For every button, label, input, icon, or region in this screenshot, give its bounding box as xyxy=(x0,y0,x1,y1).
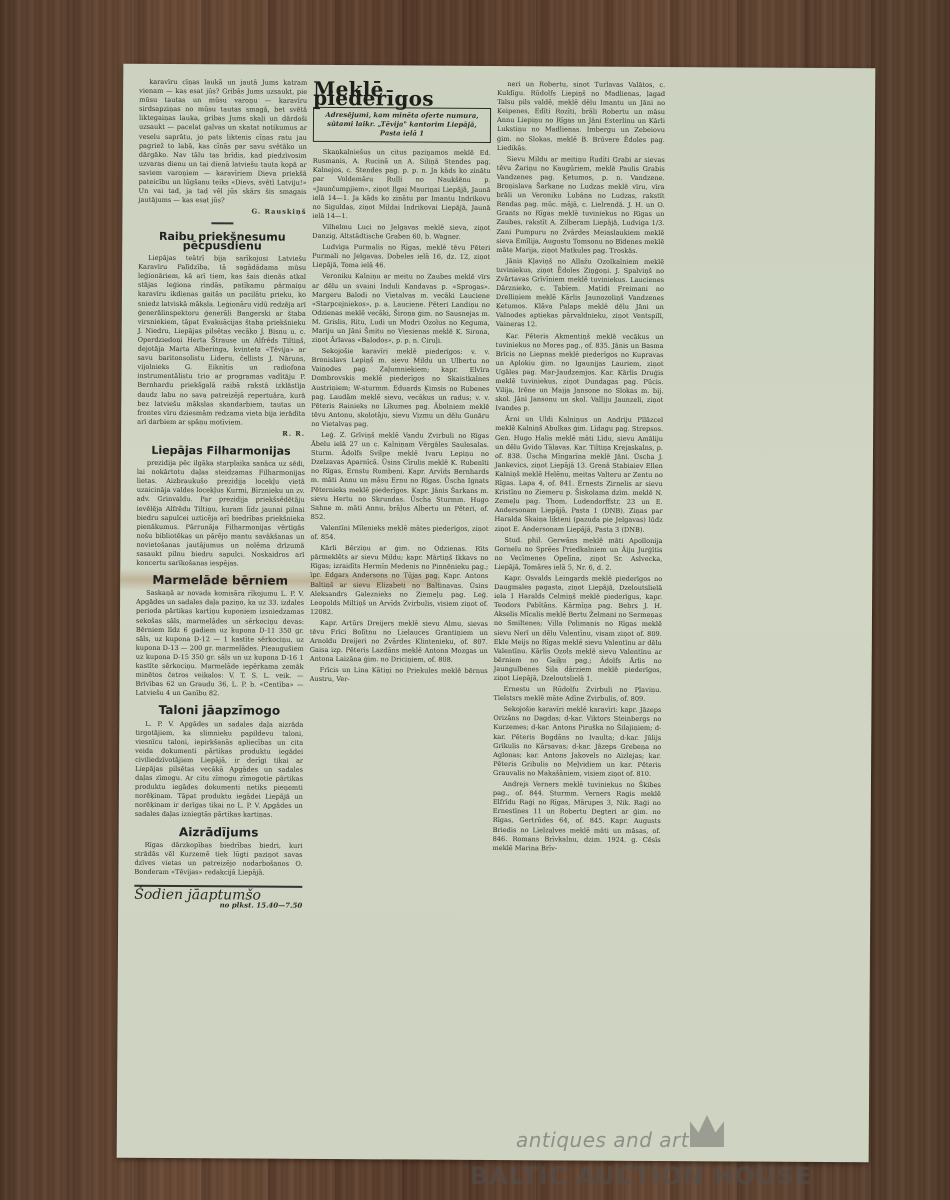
notice-paragraph: Stud. phil. Gerwāns meklē māti Apollonij… xyxy=(494,536,662,573)
column-3: neri un Robertu, sinot Turlavas Valātos,… xyxy=(493,80,666,856)
blackout-title: Šodien jāaptumšo xyxy=(134,890,302,900)
notice-paragraph: Kar. Pēteris Akmentiņš meklē vecākus un … xyxy=(495,332,663,415)
notice-paragraph: Leģ. Z. Grīviņš meklē Vandu Zvirbuli no … xyxy=(311,431,490,523)
column-1: karavīru cīņas laukā un jautā Jums katra… xyxy=(134,78,307,910)
intro-signature: G. Rauskiņš xyxy=(138,207,306,217)
notice-paragraph: Jānis Kļaviņš no Allažu Ozolkalniem mekl… xyxy=(496,257,664,331)
notice-paragraph: Andrejs Verners meklē tuviniekus no Škib… xyxy=(493,780,661,854)
watermark-brand: BALTIC AUCTION HOUSE xyxy=(470,1162,812,1190)
notice-paragraph: neri un Robertu, sinot Turlavas Valātos,… xyxy=(497,80,665,154)
notice-paragraph: Kapr. Artūrs Dreijers meklē sievu Almu, … xyxy=(310,619,488,666)
watermark-text: antiques and art xyxy=(516,1128,689,1152)
notice-paragraph: Sievu Mildu ar meitiņu Rudīti Grabi ar s… xyxy=(496,155,665,256)
column-2: Meklē piederīgos Adresējumi, kam minēta … xyxy=(310,79,492,688)
notice-paragraph: Ernestu un Rūdolfu Zvirbuli no Pļaviņu. … xyxy=(493,685,661,704)
notice-paragraph: Valentīni Mīlenieks meklē mātes piederīg… xyxy=(310,524,488,543)
article-text-marmelade: Saskaņā ar novada komisāra rīkojumu L. P… xyxy=(135,589,304,699)
notice-paragraph: Skaņkalniešus un citus paziņamos meklē E… xyxy=(312,148,490,222)
notice-paragraph: Ludviga Purmalis no Rīgas, meklē tēvu Pē… xyxy=(312,243,490,271)
notice-paragraph: Frīcis un Lina Kātiņi no Priekules meklē… xyxy=(310,666,488,685)
article-title-marmelade: Marmelāde bērniem xyxy=(136,576,304,586)
notice-paragraph: Kapr. Osvalds Leingards meklē piederīgos… xyxy=(494,574,663,684)
notice-paragraph: Kārli Bērziņu ar ģim. no Odzienas. Rīts … xyxy=(310,544,488,618)
article-title-filharmonija: Liepājas Filharmonijas xyxy=(137,446,305,456)
notice-paragraph: Sekojošie karavīri meklē karavīri: kapr.… xyxy=(493,705,661,779)
notice-paragraph: Veroniku Kalniņu ar meitu no Zaubes mekl… xyxy=(312,272,490,346)
section-notice: Adresējumi, kam minēta oferte numura, sū… xyxy=(313,107,491,143)
article-signature: R. R. xyxy=(137,429,305,439)
notice-paragraph: Ārni un Uldi Kalniņus un Andriju Pīlāzce… xyxy=(494,415,663,534)
notice-paragraph: Sekojošie karavīri meklē piederīgos: v. … xyxy=(311,347,489,430)
article-text-priekssnesumi: Liepājas teātrī bija sarīkojusi Latviešu… xyxy=(137,254,306,428)
divider xyxy=(211,223,233,225)
article-title-taloni: Taloni jāapzīmogo xyxy=(135,706,303,716)
article-title-priekssnesumi: Raibu priekšnesumu pēcpusdienu xyxy=(138,232,306,251)
intro-text: karavīru cīņas laukā un jautā Jums katra… xyxy=(138,78,307,206)
article-title-aizradijums: Aizrādījums xyxy=(135,827,303,837)
article-text-aizradijums: Rīgas dārzkopības biedrības biedri, kuri… xyxy=(134,840,302,877)
notice-paragraph: Vilhelmu Luci no Jelgavas meklē sieva, z… xyxy=(312,223,490,242)
article-text-taloni: L. P. V. Apgādes un sadales daļa aizrāda… xyxy=(135,719,304,820)
article-text-filharmonija: prezidija pēc ilgāka starplaika sanāca u… xyxy=(136,459,305,569)
section-title: Meklē piederīgos xyxy=(313,85,491,104)
newspaper-page: karavīru cīņas laukā un jautā Jums katra… xyxy=(117,64,876,1163)
